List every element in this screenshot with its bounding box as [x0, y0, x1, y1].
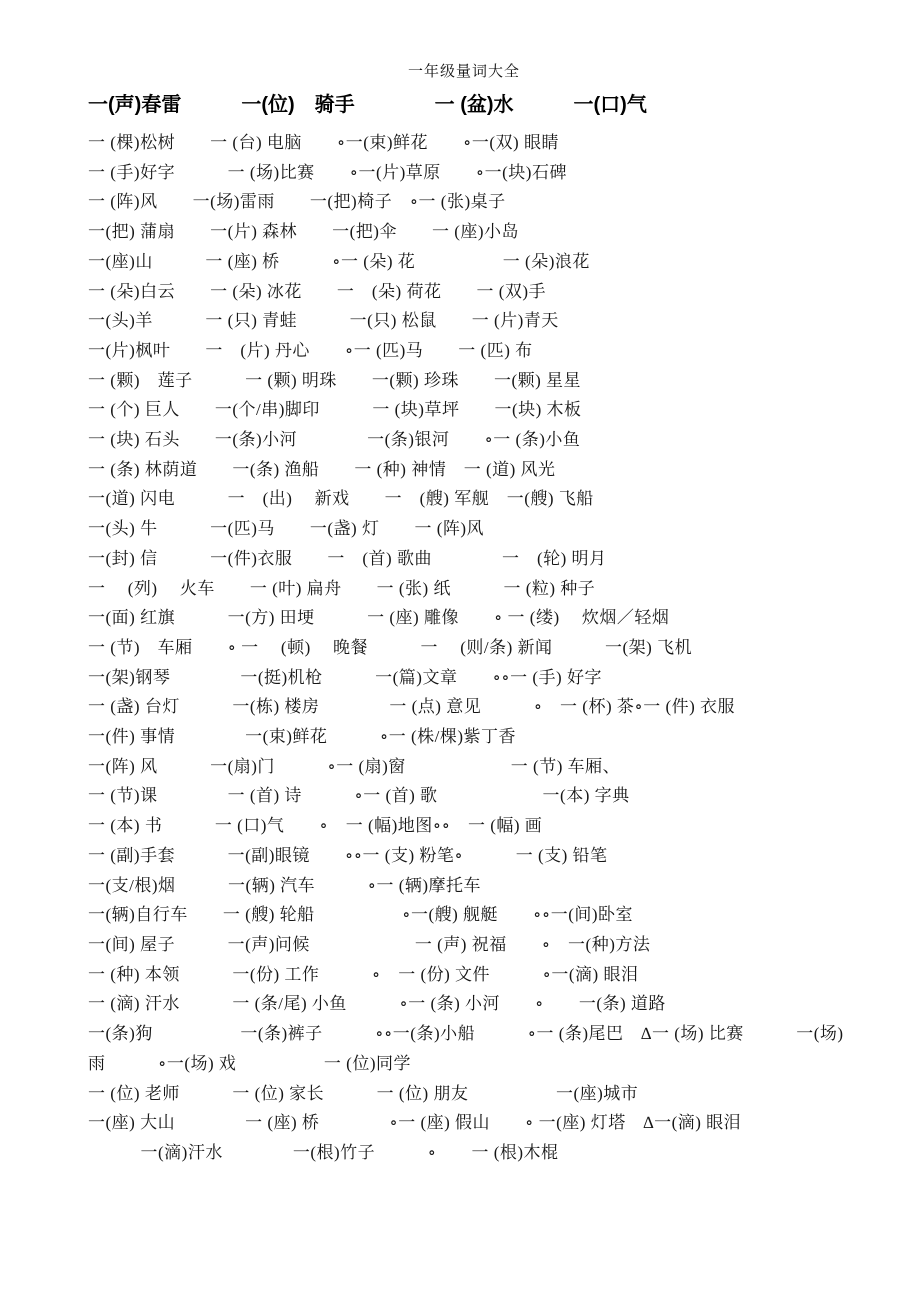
text-line: 一(条)狗 一(条)裤子 ∘∘一(条)小船 ∘一 (条)尾巴 ∆一 (场) 比赛… — [88, 1019, 880, 1049]
text-line: 一 (块) 石头 一(条)小河 一(条)银河 ∘一 (条)小鱼 — [88, 425, 880, 455]
text-line: 一(头) 牛 一(匹)马 一(盏) 灯 一 (阵)风 — [88, 514, 880, 544]
text-line: 一(滴)汗水 一(根)竹子 ∘ 一 (根)木棍 — [88, 1138, 880, 1168]
page-title: 一年级量词大全 — [88, 62, 840, 82]
text-line: 一 (滴) 汗水 一 (条/尾) 小鱼 ∘一 (条) 小河 ∘ 一(条) 道路 — [88, 989, 880, 1019]
text-line: 一(头)羊 一 (只) 青蛙 一(只) 松鼠 一 (片)青天 — [88, 306, 880, 336]
text-line: 一(封) 信 一(件)衣服 一 (首) 歌曲 一 (轮) 明月 — [88, 544, 880, 574]
text-line: 一 (手)好字 一 (场)比赛 ∘一(片)草原 ∘一(块)石碑 — [88, 158, 880, 188]
text-line: 一(支/根)烟 一(辆) 汽车 ∘一 (辆)摩托车 — [88, 871, 880, 901]
text-line: 一 (副)手套 一(副)眼镜 ∘∘一 (支) 粉笔∘ 一 (支) 铅笔 — [88, 841, 880, 871]
text-line: 一(道) 闪电 一 (出) 新戏 一 (艘) 军舰 一(艘) 飞船 — [88, 484, 880, 514]
text-line: 一(把) 蒲扇 一(片) 森林 一(把)伞 一 (座)小岛 — [88, 217, 880, 247]
text-line: 一(座)山 一 (座) 桥 ∘一 (朵) 花 一 (朵)浪花 — [88, 247, 880, 277]
text-line: 一 (种) 本领 一(份) 工作 ∘ 一 (份) 文件 ∘一(滴) 眼泪 — [88, 960, 880, 990]
text-line: 一 (个) 巨人 一(个/串)脚印 一 (块)草坪 一(块) 木板 — [88, 395, 880, 425]
text-line: 一 (本) 书 一 (口)气 ∘ 一 (幅)地图∘∘ 一 (幅) 画 — [88, 811, 880, 841]
text-line: 一 (棵)松树 一 (台) 电脑 ∘一(束)鲜花 ∘一(双) 眼睛 — [88, 128, 880, 158]
text-line: 一 (位) 老师 一 (位) 家长 一 (位) 朋友 一(座)城市 — [88, 1079, 880, 1109]
header-measure-word-line: 一(声)春雷 一(位) 骑手 一 (盆)水 一(口)气 — [88, 92, 880, 118]
text-line: 一(片)枫叶 一 (片) 丹心 ∘一 (匹)马 一 (匹) 布 — [88, 336, 880, 366]
text-line: 一 (条) 林荫道 一(条) 渔船 一 (种) 神情 一 (道) 风光 — [88, 455, 880, 485]
text-line: 一 (盏) 台灯 一(栋) 楼房 一 (点) 意见 ∘ 一 (杯) 茶∘一 (件… — [88, 692, 880, 722]
text-line: 一 (朵)白云 一 (朵) 冰花 一 (朵) 荷花 一 (双)手 — [88, 277, 880, 307]
text-line: 一(间) 屋子 一(声)问候 一 (声) 祝福 ∘ 一(种)方法 — [88, 930, 880, 960]
text-line: 一(件) 事情 一(束)鲜花 ∘一 (株/棵)紫丁香 — [88, 722, 880, 752]
text-line: 一(面) 红旗 一(方) 田埂 一 (座) 雕像 ∘ 一 (缕) 炊烟／轻烟 — [88, 603, 880, 633]
text-line: 一(阵) 风 一(扇)门 ∘一 (扇)窗 一 (节) 车厢、 — [88, 752, 880, 782]
text-line: 一(架)钢琴 一(挺)机枪 一(篇)文章 ∘∘一 (手) 好字 — [88, 663, 880, 693]
text-line: 一(辆)自行车 一 (艘) 轮船 ∘一(艘) 舰艇 ∘∘一(间)卧室 — [88, 900, 880, 930]
content-lines: 一 (棵)松树 一 (台) 电脑 ∘一(束)鲜花 ∘一(双) 眼睛一 (手)好字… — [88, 128, 880, 1168]
document-page: 一年级量词大全 一(声)春雷 一(位) 骑手 一 (盆)水 一(口)气 一 (棵… — [0, 0, 920, 1302]
text-line: 一 (阵)风 一(场)雷雨 一(把)椅子 ∘一 (张)桌子 — [88, 187, 880, 217]
text-line: 一 (列) 火车 一 (叶) 扁舟 一 (张) 纸 一 (粒) 种子 — [88, 574, 880, 604]
text-line: 一(座) 大山 一 (座) 桥 ∘一 (座) 假山 ∘ 一(座) 灯塔 ∆一(滴… — [88, 1108, 880, 1138]
text-line: 一 (颗) 莲子 一 (颗) 明珠 一(颗) 珍珠 一(颗) 星星 — [88, 366, 880, 396]
text-line: 一 (节)课 一 (首) 诗 ∘一 (首) 歌 一(本) 字典 — [88, 781, 880, 811]
text-line: 雨 ∘一(场) 戏 一 (位)同学 — [88, 1049, 880, 1079]
text-line: 一 (节) 车厢 ∘ 一 (顿) 晚餐 一 (则/条) 新闻 一(架) 飞机 — [88, 633, 880, 663]
